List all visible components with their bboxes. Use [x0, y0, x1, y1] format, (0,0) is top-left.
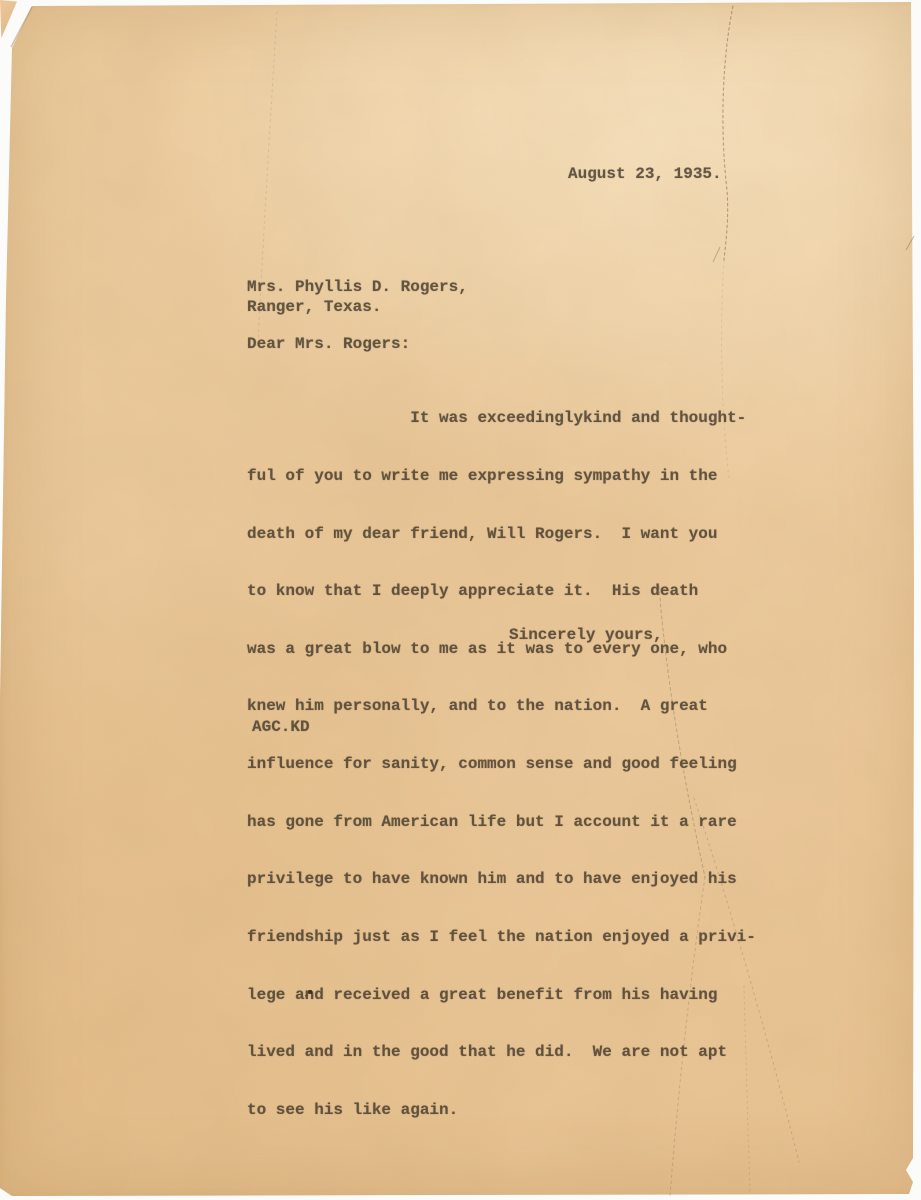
body-line: death of my dear friend, Will Rogers. I … [247, 525, 756, 544]
body-line: privilege to have known him and to have … [247, 870, 756, 889]
body-line: lege and received a great benefit from h… [247, 986, 756, 1005]
recipient-city: Ranger, Texas. [247, 298, 381, 317]
body-line: to know that I deeply appreciate it. His… [247, 582, 756, 601]
scan-background: August 23, 1935. Mrs. Phyllis D. Rogers,… [0, 0, 921, 1200]
salutation: Dear Mrs. Rogers: [247, 335, 410, 354]
body-line: lived and in the good that he did. We ar… [247, 1043, 756, 1062]
body-line: influence for sanity, common sense and g… [247, 755, 756, 774]
recipient-name: Mrs. Phyllis D. Rogers, [247, 278, 468, 297]
typist-initials: AGC.KD [252, 718, 310, 737]
body-line: ful of you to write me expressing sympat… [247, 467, 756, 486]
body-line: to see his like again. [247, 1101, 756, 1120]
closing: Sincerely yours, [509, 626, 663, 645]
letter-body: It was exceedinglykind and thought- ful … [247, 371, 756, 1158]
letter-paper: August 23, 1935. Mrs. Phyllis D. Rogers,… [0, 0, 921, 1198]
body-line: friendship just as I feel the nation enj… [247, 928, 756, 947]
body-line: was a great blow to me as it was to ever… [247, 640, 756, 659]
letter-date: August 23, 1935. [568, 165, 722, 184]
body-line: It was exceedinglykind and thought- [247, 409, 756, 428]
body-line: has gone from American life but I accoun… [247, 813, 756, 832]
folded-corner-flap [0, 0, 17, 38]
body-line: knew him personally, and to the nation. … [247, 697, 756, 716]
